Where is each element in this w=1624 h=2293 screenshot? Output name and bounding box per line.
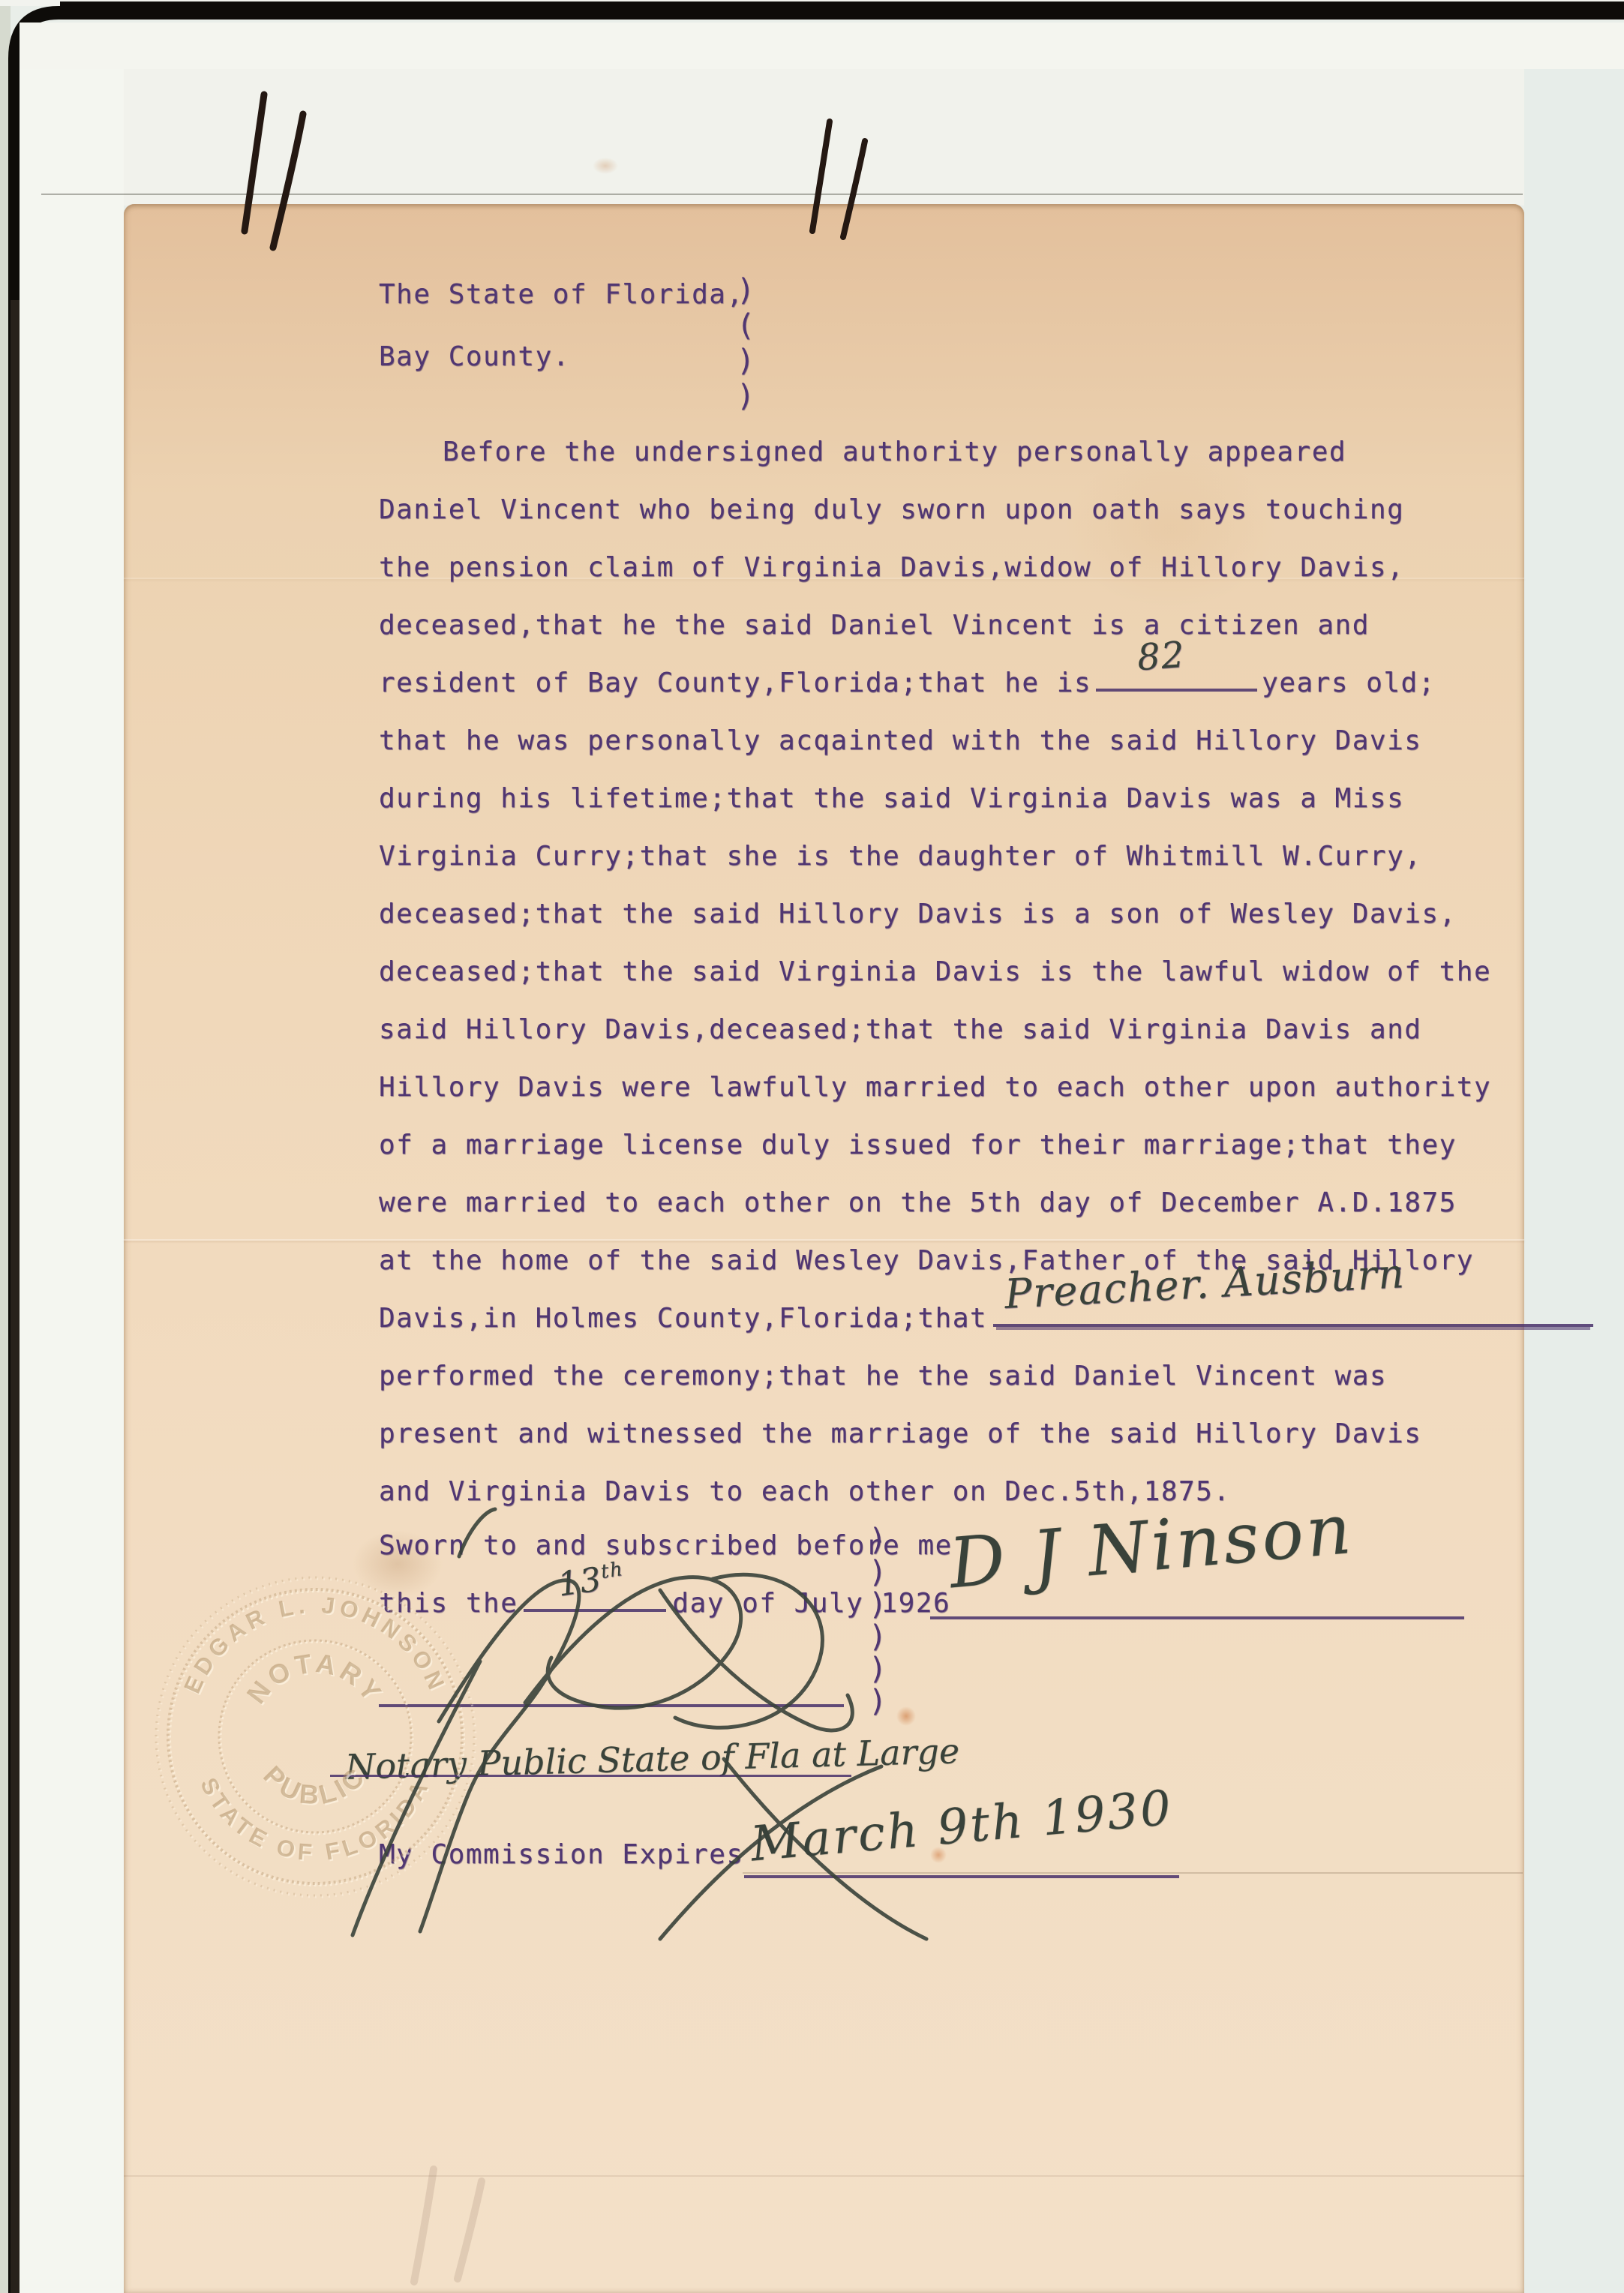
- bracket-glyph: ): [869, 1589, 887, 1621]
- header-state-line: The State of Florida,: [379, 279, 744, 311]
- typed-line: the pension claim of Virginia Davis,wido…: [379, 552, 1404, 584]
- typed-line: and Virginia Davis to each other on Dec.…: [379, 1476, 1231, 1508]
- typed-line: deceased,that he the said Daniel Vincent…: [379, 610, 1370, 641]
- scanned-affidavit-page: The State of Florida, Bay County. ) ( ) …: [0, 0, 1624, 2293]
- typed-fragment: resident of Bay County,Florida;that he i…: [379, 668, 1091, 698]
- age-handwriting: 82: [1136, 639, 1187, 674]
- scanner-bed-right: [1524, 69, 1624, 2293]
- typed-line: were married to each other on the 5th da…: [379, 1187, 1457, 1219]
- bracket-glyph: ): [869, 1524, 887, 1556]
- paper-rule: [743, 1872, 1523, 1874]
- bracket-glyph: (: [737, 308, 755, 344]
- typed-line: performed the ceremony;that he the said …: [379, 1361, 1387, 1392]
- typed-fragment: Davis,in Holmes County,Florida;that: [379, 1303, 987, 1334]
- typed-fragment: years old;: [1262, 668, 1436, 698]
- bracket-glyph: ): [737, 379, 755, 414]
- affiant-signature-line: [930, 1616, 1464, 1619]
- fold-crease: [124, 2175, 1524, 2177]
- commission-date-line: [744, 1875, 1179, 1878]
- typed-line: Daniel Vincent who being duly sworn upon…: [379, 494, 1404, 526]
- notary-embossed-seal: EDGAR L. JOHNSON EDGAR L. JOHNSON STATE …: [143, 1564, 488, 1909]
- typed-line: of a marriage license duly issued for th…: [379, 1130, 1457, 1161]
- bracket-glyph: ): [869, 1621, 887, 1653]
- header-bracket-column: ) ( ) ): [737, 273, 755, 414]
- typed-line: Virginia Curry;that she is the daughter …: [379, 841, 1421, 872]
- fold-crease: [124, 1239, 1524, 1241]
- typed-line: during his lifetime;that the said Virgin…: [379, 783, 1404, 815]
- day-handwriting: 13th: [555, 1553, 627, 1601]
- header-county-line: Bay County.: [379, 341, 570, 373]
- typed-fragment: day of July 1926: [672, 1588, 950, 1619]
- bracket-glyph: ): [737, 344, 755, 379]
- typed-line-with-officiant-blank: Davis,in Holmes County,Florida;thatPreac…: [379, 1303, 1599, 1334]
- officiant-blank: Preacher. Ausburn: [993, 1315, 1593, 1327]
- bracket-glyph: ): [869, 1556, 887, 1589]
- scanner-mat-left: [20, 69, 124, 2293]
- bracket-glyph: ): [869, 1685, 887, 1718]
- typed-line: said Hillory Davis,deceased;that the sai…: [379, 1014, 1421, 1046]
- age-blank: 82: [1096, 680, 1257, 692]
- svg-text:EDGAR L. JOHNSON: EDGAR L. JOHNSON: [179, 1592, 451, 1697]
- typed-line-with-age-blank: resident of Bay County,Florida;that he i…: [379, 668, 1436, 699]
- typed-line: deceased;that the said Virginia Davis is…: [379, 956, 1491, 988]
- paper-stain: [593, 158, 618, 174]
- typed-line: present and witnessed the marriage of th…: [379, 1418, 1421, 1450]
- typed-line: that he was personally acqainted with th…: [379, 725, 1421, 757]
- bracket-glyph: ): [737, 273, 755, 308]
- sworn-line: Sworn to and subscribed before me: [379, 1530, 953, 1562]
- scan-artifact-line: [41, 194, 1523, 195]
- scanner-mat-above-document: [124, 69, 1524, 206]
- typed-line: Hillory Davis were lawfully married to e…: [379, 1072, 1491, 1103]
- scanner-mat-top-band: [20, 23, 1624, 69]
- typed-line: Before the undersigned authority persona…: [443, 437, 1346, 468]
- paper-stain: [896, 1706, 916, 1726]
- paper-stain: [1065, 450, 1275, 608]
- bracket-glyph: ): [869, 1653, 887, 1685]
- svg-text:PUBLIC: PUBLIC: [257, 1760, 372, 1811]
- typed-line: deceased;that the said Hillory Davis is …: [379, 899, 1457, 930]
- day-blank: 13th: [524, 1600, 666, 1612]
- jurat-bracket-column: ) ) ) ) ) ): [869, 1524, 887, 1718]
